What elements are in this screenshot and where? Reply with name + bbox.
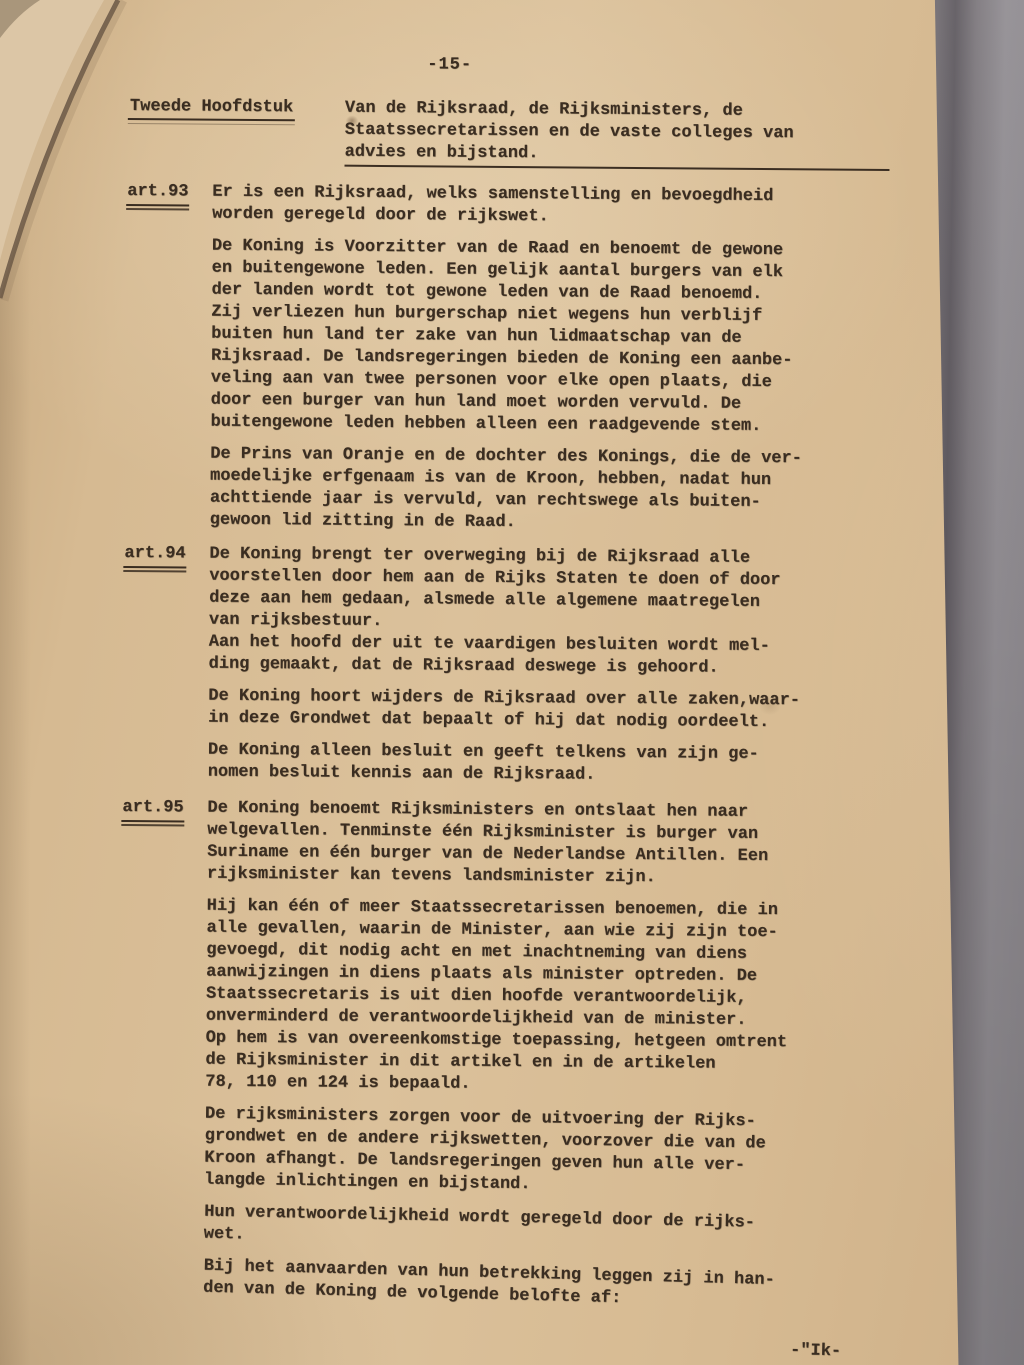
article-paragraph: De Koning brengt ter overweging bij de R… (208, 544, 909, 681)
chapter-title: Van de Rijksraad, de Rijksministers, de … (344, 98, 890, 171)
article-paragraph: De Koning alleen besluit en geeft telken… (208, 740, 908, 789)
article-paragraph: Hij kan één of meer Staatssecretarissen … (205, 896, 907, 1099)
article-paragraph: De Koning benoemt Rijksministers en onts… (207, 798, 908, 891)
article-93-label: art.93 (127, 181, 188, 203)
article-94: art.94 De Koning brengt ter overweging b… (123, 543, 931, 789)
page-number: -15- (427, 54, 472, 76)
chapter-label-box: Tweede Hoofdstuk (129, 96, 345, 167)
article-95-label-box: art.95 (119, 797, 208, 1300)
article-paragraph: De Prins van Oranje en de dochter des Ko… (210, 444, 911, 537)
article-paragraph: De Koning hoort wijders de Rijksraad ove… (208, 686, 908, 735)
article-paragraph: Hun verantwoordelijkheid wordt geregeld … (203, 1202, 904, 1260)
chapter-label: Tweede Hoofdstuk (130, 96, 293, 119)
article-paragraph: Er is een Rijksraad, welks samenstelling… (212, 182, 912, 231)
catchword: -"Ik- (790, 1340, 924, 1365)
article-paragraph: De rijksministers zorgen voor de uitvoer… (204, 1104, 905, 1202)
article-95-label: art.95 (122, 797, 183, 819)
article-95-body: De Koning benoemt Rijksministers en onts… (204, 798, 908, 1305)
article-94-label-box: art.94 (123, 543, 210, 784)
article-paragraph: Bij het aanvaarden van hun betrekking le… (203, 1256, 904, 1318)
article-93: art.93 Er is een Rijksraad, welks samens… (125, 181, 934, 537)
page-content: -15- Tweede Hoofdstuk Van de Rijksraad, … (0, 0, 935, 1365)
article-94-label: art.94 (124, 543, 185, 565)
article-paragraph: De Koning is Voorzitter van de Raad en b… (210, 236, 912, 439)
document-page: -15- Tweede Hoofdstuk Van de Rijksraad, … (0, 0, 1024, 1365)
chapter-heading: Tweede Hoofdstuk Van de Rijksraad, de Ri… (129, 96, 934, 171)
article-93-body: Er is een Rijksraad, welks samenstelling… (210, 182, 913, 537)
article-93-label-box: art.93 (125, 181, 213, 532)
article-94-body: De Koning brengt ter overweging bij de R… (208, 544, 910, 789)
article-95: art.95 De Koning benoemt Rijksministers … (119, 797, 929, 1305)
